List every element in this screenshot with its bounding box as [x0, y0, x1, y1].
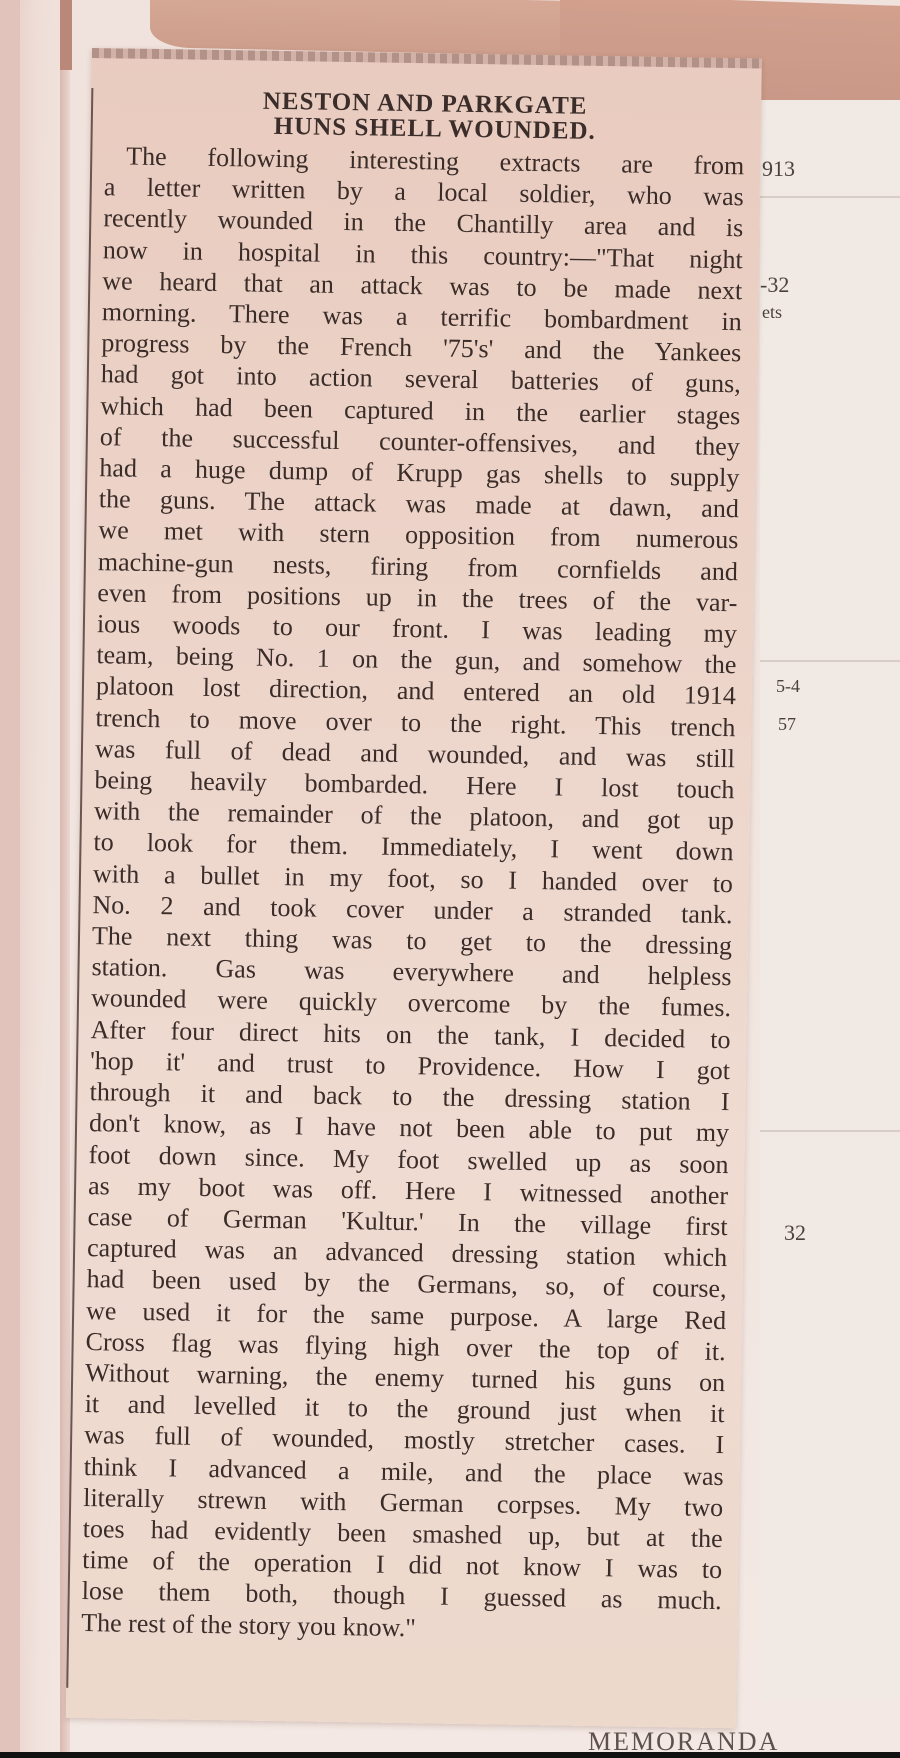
ledger-margin-number: 32 — [784, 1220, 806, 1246]
ledger-rule-line — [760, 660, 900, 662]
left-page-edge — [0, 0, 20, 1758]
ledger-margin-number: 57 — [778, 714, 796, 735]
ledger-margin-number: 913 — [762, 156, 795, 182]
bottom-edge-shadow — [0, 1752, 900, 1758]
ledger-rule-line — [760, 196, 900, 198]
ledger-rule-line — [760, 1130, 900, 1132]
ledger-margin-text: ets — [762, 302, 782, 323]
bookmark-strip — [60, 0, 72, 70]
ledger-margin-number: 5-4 — [776, 676, 800, 697]
article: NESTON AND PARKGATE HUNS SHELL WOUNDED. … — [81, 86, 745, 1648]
ledger-page-margin — [760, 100, 900, 1700]
ledger-margin-number: -32 — [760, 272, 789, 298]
article-headline: NESTON AND PARKGATE HUNS SHELL WOUNDED. — [105, 86, 746, 146]
newspaper-clipping: NESTON AND PARKGATE HUNS SHELL WOUNDED. … — [66, 48, 762, 1728]
article-body: The following interesting extracts are f… — [81, 140, 744, 1648]
